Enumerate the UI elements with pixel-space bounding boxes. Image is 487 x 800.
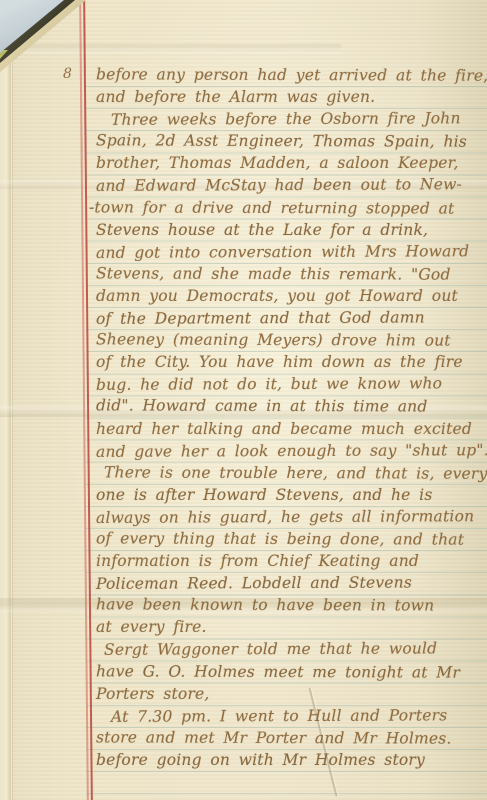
manuscript-line: and before the Alarm was given. [96,86,482,108]
manuscript-line: always on his guard, he gets all informa… [96,505,482,529]
manuscript-line: Spain, 2d Asst Engineer, Thomas Spain, h… [96,130,482,153]
manuscript-line: of every thing that is being done, and t… [96,527,482,550]
manuscript-line: Sergt Waggoner told me that he would [96,638,482,662]
manuscript-line: of the City. You have him down as the fi… [96,351,482,373]
manuscript-line: Porters store, [96,683,482,705]
manuscript-line: Three weeks before the Osborn fire John [96,107,482,131]
manuscript-line: one is after Howard Stevens, and he is [96,484,482,506]
manuscript-line: There is one trouble here, and that is, … [96,461,482,484]
manuscript-line: at every fire. [96,616,482,638]
manuscript-text: before any person had yet arrived at the… [96,64,482,771]
manuscript-line: brother, Thomas Madden, a saloon Keeper, [96,152,482,174]
manuscript-line: before any person had yet arrived at the… [96,63,482,86]
page-left-edge-line [12,0,14,800]
manuscript-line: information is from Chief Keating and [96,550,482,572]
manuscript-line: and gave her a look enough to say "shut … [96,439,482,463]
manuscript-line: bug. he did not do it, but we know who [96,372,482,396]
manuscript-line: and Edward McStay had been out to New- [96,174,482,198]
manuscript-line: Policeman Reed. Lobdell and Stevens [96,571,482,595]
manuscript-line: -town for a drive and returning stopped … [89,196,482,219]
manuscript-line: Sheeney (meaning Meyers) drove him out [96,328,482,351]
page-number: 8 [63,66,72,82]
paper-crease [0,44,341,54]
manuscript-line: heard her talking and became much excite… [96,418,482,440]
page-left-edge [0,0,12,800]
manuscript-line: Stevens, and she made this remark. "God [96,262,482,285]
manuscript-line: and got into conversation with Mrs Howar… [96,240,482,264]
manuscript-line: have been known to have been in town [96,594,482,617]
manuscript-line: At 7.30 pm. I went to Hull and Porters [96,704,482,728]
manuscript-line: did". Howard came in at this time and [96,395,482,418]
manuscript-line: store and met Mr Porter and Mr Holmes. [96,726,482,749]
manuscript-page: 8 before any person had yet arrived at t… [0,0,487,800]
manuscript-line: damn you Democrats, you got Howard out [96,285,482,307]
manuscript-line: Stevens house at the Lake for a drink, [96,219,482,241]
manuscript-line: of the Department and that God damn [96,306,482,330]
manuscript-line: have G. O. Holmes meet me tonight at Mr [96,660,482,683]
manuscript-line: before going on with Mr Holmes story [96,749,482,771]
